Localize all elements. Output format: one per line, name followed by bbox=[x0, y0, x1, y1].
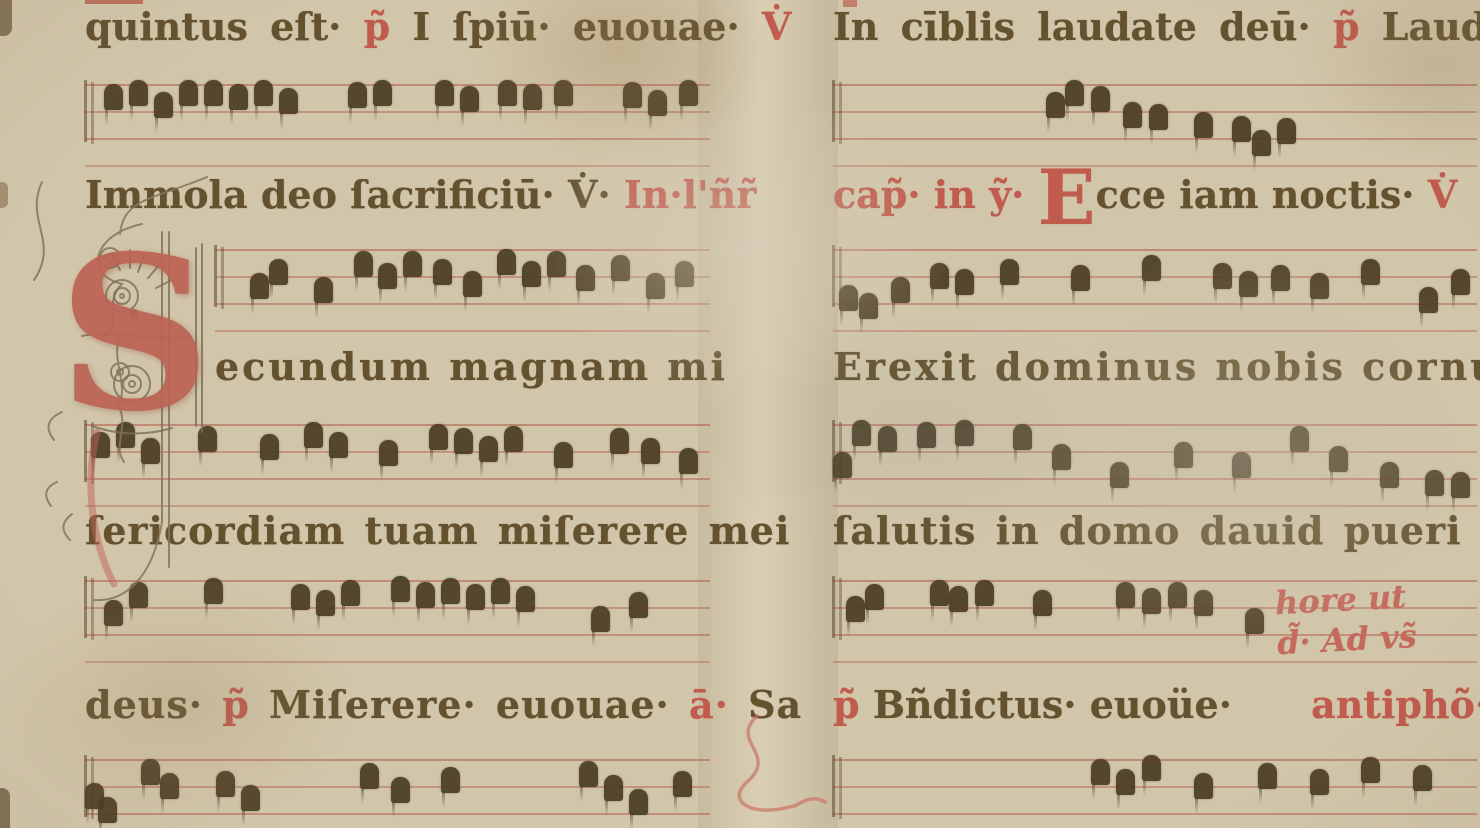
rubric-segment: V̇ bbox=[1428, 172, 1457, 217]
neume-note bbox=[1033, 590, 1052, 616]
neume-note bbox=[1329, 446, 1348, 472]
neume-note bbox=[316, 590, 335, 616]
text-line-right-3: Erexit dominus nobis cornu bbox=[833, 344, 1480, 400]
neume-note bbox=[1245, 608, 1264, 634]
neume-note bbox=[1142, 588, 1161, 614]
neume-note bbox=[679, 448, 698, 474]
neume-note bbox=[865, 584, 884, 610]
staff-left-1 bbox=[85, 78, 710, 170]
neume-note bbox=[460, 86, 479, 112]
staff-right-1 bbox=[833, 78, 1477, 170]
neume-note bbox=[611, 255, 630, 281]
neume-note bbox=[1413, 765, 1432, 791]
neume-note bbox=[498, 80, 517, 106]
text-segment: quintus eſt· bbox=[85, 4, 341, 49]
text-line-right-2: cap̃· in ỹ· Ecce iam noctis· V̇ bbox=[833, 172, 1457, 228]
neume-note bbox=[878, 426, 897, 452]
neume-note bbox=[129, 80, 148, 106]
neume-note bbox=[955, 269, 974, 295]
staff-left-5 bbox=[85, 753, 710, 828]
text-line-right-1: In cīblis laudate deū· p̃ Laud· bbox=[833, 4, 1480, 60]
neume-note bbox=[391, 777, 410, 803]
neume-note bbox=[378, 263, 397, 289]
neume-note bbox=[497, 249, 516, 275]
rubric-initial-e: E bbox=[1038, 153, 1096, 242]
marginal-red-note: hore ut d̃· Ad vs̃ bbox=[1274, 573, 1478, 663]
neume-note bbox=[341, 580, 360, 606]
neume-note bbox=[917, 422, 936, 448]
neume-note bbox=[629, 592, 648, 618]
neume-note bbox=[522, 261, 541, 287]
neume-note bbox=[1310, 273, 1329, 299]
neume-note bbox=[579, 761, 598, 787]
neume-note bbox=[547, 251, 566, 277]
neume-note bbox=[204, 80, 223, 106]
neume-note bbox=[1116, 582, 1135, 608]
neume-note bbox=[576, 265, 595, 291]
neume-note bbox=[891, 277, 910, 303]
rubric-segment: p̃ bbox=[364, 4, 391, 49]
neume-note bbox=[250, 273, 269, 299]
rubric-segment: In·l'ñr̃ bbox=[624, 172, 756, 217]
neume-note bbox=[1091, 759, 1110, 785]
neume-note bbox=[1149, 104, 1168, 130]
neume-note bbox=[975, 580, 994, 606]
neume-note bbox=[260, 434, 279, 460]
corner-dark-mark bbox=[0, 0, 12, 36]
neume-note bbox=[1232, 452, 1251, 478]
neume-note bbox=[1194, 112, 1213, 138]
text-segment: Laud· bbox=[1382, 4, 1480, 49]
rubric-segment: cap̃· in ỹ· bbox=[833, 172, 1024, 217]
neume-note bbox=[852, 420, 871, 446]
neume-note bbox=[646, 273, 665, 299]
neume-note bbox=[673, 771, 692, 797]
neume-note bbox=[141, 759, 160, 785]
neume-note bbox=[379, 440, 398, 466]
neume-note bbox=[641, 438, 660, 464]
text-segment: Bñdictus· euoüe· bbox=[873, 682, 1232, 727]
neume-note bbox=[679, 80, 698, 106]
rubric-segment: antiphõ· bbox=[1311, 682, 1480, 727]
neume-note bbox=[591, 606, 610, 632]
right-column: In cīblis laudate deū· p̃ Laud· cap̃· in… bbox=[833, 0, 1477, 828]
neume-note bbox=[955, 420, 974, 446]
neume-note bbox=[1046, 92, 1065, 118]
neume-note bbox=[454, 428, 473, 454]
neume-note bbox=[504, 426, 523, 452]
neume-note bbox=[1194, 773, 1213, 799]
neume-note bbox=[604, 775, 623, 801]
text-segment: Erexit dominus nobis cornu bbox=[833, 344, 1480, 389]
neume-note bbox=[846, 596, 865, 622]
neume-note bbox=[516, 586, 535, 612]
text-line-right-5: p̃ Bñdictus· euoüe· antiphõ· bbox=[833, 682, 1480, 738]
text-segment: Miſerere· euouae· bbox=[269, 682, 670, 727]
neume-note bbox=[1252, 130, 1271, 156]
neume-note bbox=[554, 442, 573, 468]
neume-note bbox=[1116, 769, 1135, 795]
neume-note bbox=[610, 428, 629, 454]
neume-note bbox=[98, 797, 117, 823]
staff-left-2 bbox=[215, 243, 710, 335]
neume-note bbox=[523, 84, 542, 110]
neume-note bbox=[1091, 86, 1110, 112]
red-ruling-tick bbox=[843, 0, 857, 7]
neume-note bbox=[623, 82, 642, 108]
neume-note bbox=[1361, 757, 1380, 783]
rubric-segment: p̃ bbox=[1333, 4, 1360, 49]
neume-note bbox=[1013, 424, 1032, 450]
neume-note bbox=[839, 285, 858, 311]
staff-right-2 bbox=[833, 243, 1477, 335]
neume-note bbox=[1310, 769, 1329, 795]
neume-note bbox=[254, 80, 273, 106]
neume-note bbox=[1110, 462, 1129, 488]
neume-note bbox=[648, 90, 667, 116]
neume-note bbox=[479, 436, 498, 462]
neume-note bbox=[160, 773, 179, 799]
rubric-segment: V̇ bbox=[762, 4, 791, 49]
neume-note bbox=[416, 582, 435, 608]
neume-note bbox=[949, 586, 968, 612]
neume-note bbox=[1239, 271, 1258, 297]
neume-note bbox=[435, 80, 454, 106]
neume-note bbox=[441, 767, 460, 793]
neume-note bbox=[1380, 462, 1399, 488]
neume-note bbox=[833, 452, 852, 478]
text-line-right-4: ſalutis in domo dauid pueri ſui bbox=[833, 508, 1480, 564]
neume-note bbox=[1213, 263, 1232, 289]
neume-note bbox=[675, 261, 694, 287]
neume-note bbox=[229, 84, 248, 110]
neume-note bbox=[104, 600, 123, 626]
neume-note bbox=[429, 424, 448, 450]
neume-note bbox=[104, 84, 123, 110]
neume-note bbox=[1290, 426, 1309, 452]
staff-right-6 bbox=[833, 753, 1477, 828]
edge-mark bbox=[0, 182, 8, 208]
edge-mark bbox=[0, 788, 10, 828]
neume-note bbox=[1142, 755, 1161, 781]
text-segment: I ſpiū· euouae· bbox=[412, 4, 739, 49]
neume-note bbox=[554, 80, 573, 106]
neume-note bbox=[391, 576, 410, 602]
neume-note bbox=[348, 82, 367, 108]
neume-note bbox=[1065, 80, 1084, 106]
neume-note bbox=[1174, 442, 1193, 468]
staff-right-3 bbox=[833, 418, 1477, 510]
neume-note bbox=[1277, 118, 1296, 144]
neume-note bbox=[1232, 116, 1251, 142]
neume-note bbox=[629, 789, 648, 815]
initial-letter: S bbox=[52, 236, 217, 441]
neume-note bbox=[360, 763, 379, 789]
neume-note bbox=[1258, 763, 1277, 789]
neume-note bbox=[241, 785, 260, 811]
text-line-left-3: ecundum magnam mi bbox=[215, 344, 728, 400]
neume-note bbox=[1194, 590, 1213, 616]
neume-note bbox=[491, 578, 510, 604]
neume-note bbox=[1071, 265, 1090, 291]
red-pen-squiggle bbox=[695, 698, 845, 828]
neume-note bbox=[441, 578, 460, 604]
neume-note bbox=[859, 293, 878, 319]
neume-note bbox=[291, 584, 310, 610]
text-segment: ſalutis in domo dauid pueri ſui bbox=[833, 508, 1480, 553]
neume-note bbox=[1000, 259, 1019, 285]
neume-note bbox=[216, 771, 235, 797]
text-line-left-1: quintus eſt· p̃ I ſpiū· euouae· V̇ bbox=[85, 4, 791, 60]
neume-note bbox=[154, 92, 173, 118]
neume-note bbox=[463, 271, 482, 297]
red-ruling-tick bbox=[85, 0, 143, 4]
manuscript-page: quintus eſt· p̃ I ſpiū· euouae· V̇ Immol… bbox=[0, 0, 1480, 828]
neume-note bbox=[373, 80, 392, 106]
neume-note bbox=[930, 263, 949, 289]
neume-note bbox=[433, 259, 452, 285]
neume-note bbox=[1271, 265, 1290, 291]
neume-note bbox=[403, 251, 422, 277]
text-segment: cce iam noctis· bbox=[1096, 172, 1415, 217]
neume-note bbox=[930, 580, 949, 606]
text-segment: deus· bbox=[85, 682, 203, 727]
text-segment: In cīblis laudate deū· bbox=[833, 4, 1311, 49]
neume-note bbox=[1419, 287, 1438, 313]
neume-note bbox=[304, 422, 323, 448]
neume-note bbox=[1142, 255, 1161, 281]
neume-note bbox=[1361, 259, 1380, 285]
neume-note bbox=[1451, 472, 1470, 498]
text-segment: ecundum magnam mi bbox=[215, 344, 728, 389]
neume-note bbox=[279, 88, 298, 114]
rubric-segment: p̃ bbox=[222, 682, 250, 727]
neume-note bbox=[1123, 102, 1142, 128]
neume-note bbox=[1168, 582, 1187, 608]
neume-note bbox=[466, 584, 485, 610]
neume-note bbox=[269, 259, 288, 285]
neume-note bbox=[1425, 470, 1444, 496]
neume-note bbox=[179, 80, 198, 106]
neume-note bbox=[329, 432, 348, 458]
neume-note bbox=[1451, 269, 1470, 295]
neume-note bbox=[314, 277, 333, 303]
neume-note bbox=[1052, 444, 1071, 470]
decorated-initial-s: S bbox=[52, 236, 217, 441]
neume-note bbox=[354, 251, 373, 277]
